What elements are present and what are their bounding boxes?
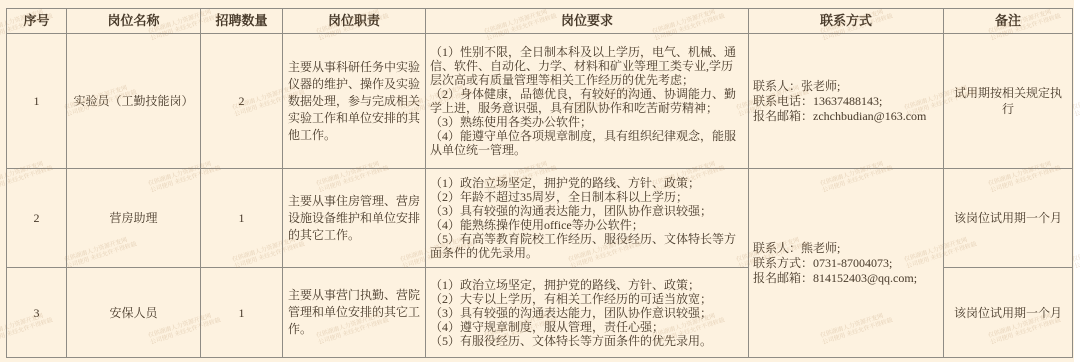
- cell-notes: 试用期按相关规定执行: [944, 34, 1073, 169]
- cell-duties: 主要从事住房管理、营房设施设备维护和单位安排的其它工作。: [283, 169, 426, 268]
- cell-seq: 1: [7, 34, 67, 169]
- cell-contact: 联系人：张老师; 联系电话：13637488143; 报名邮箱：zchchbud…: [749, 34, 944, 169]
- cell-contact-merged: 联系人：熊老师; 联系方式：0731-87004073; 报名邮箱：814152…: [749, 169, 944, 358]
- cell-seq: 3: [7, 268, 67, 358]
- cell-position-name: 实验员（工勤技能岗）: [67, 34, 201, 169]
- header-position-name: 岗位名称: [67, 9, 201, 34]
- header-duties: 岗位职责: [283, 9, 426, 34]
- cell-recruit-count: 2: [201, 34, 283, 169]
- header-seq: 序号: [7, 9, 67, 34]
- cell-requirements: （1）政治立场坚定，拥护党的路线、方针、政策； （2）年龄不超过35周岁，全日制…: [426, 169, 749, 268]
- cell-position-name: 安保人员: [67, 268, 201, 358]
- table-row: 1 实验员（工勤技能岗） 2 主要从事科研任务中实验仪器的维护、操作及实验数据处…: [7, 34, 1073, 169]
- cell-requirements: （1）性别不限，全日制本科及以上学历，电气、机械、通信、软件、自动化、力学、材料…: [426, 34, 749, 169]
- table-row: 2 营房助理 1 主要从事住房管理、营房设施设备维护和单位安排的其它工作。 （1…: [7, 169, 1073, 268]
- cell-recruit-count: 1: [201, 169, 283, 268]
- cell-notes: 该岗位试用期一个月: [944, 169, 1073, 268]
- header-contact: 联系方式: [749, 9, 944, 34]
- header-recruit-count: 招聘数量: [201, 9, 283, 34]
- cell-notes: 该岗位试用期一个月: [944, 268, 1073, 358]
- table-header-row: 序号 岗位名称 招聘数量 岗位职责 岗位要求 联系方式 备注: [7, 9, 1073, 34]
- cell-duties: 主要从事营门执勤、营院管理和单位安排的其它工作。: [283, 268, 426, 358]
- cell-seq: 2: [7, 169, 67, 268]
- header-notes: 备注: [944, 9, 1073, 34]
- cell-duties: 主要从事科研任务中实验仪器的维护、操作及实验数据处理，参与完成相关实验工作和单位…: [283, 34, 426, 169]
- header-requirements: 岗位要求: [426, 9, 749, 34]
- cell-position-name: 营房助理: [67, 169, 201, 268]
- job-postings-table: 序号 岗位名称 招聘数量 岗位职责 岗位要求 联系方式 备注 1 实验员（工勤技…: [6, 8, 1073, 358]
- cell-requirements: （1）政治立场坚定，拥护党的路线、方针、政策； （2）大专以上学历，有相关工作经…: [426, 268, 749, 358]
- page-right-margin: [1074, 0, 1080, 362]
- cell-recruit-count: 1: [201, 268, 283, 358]
